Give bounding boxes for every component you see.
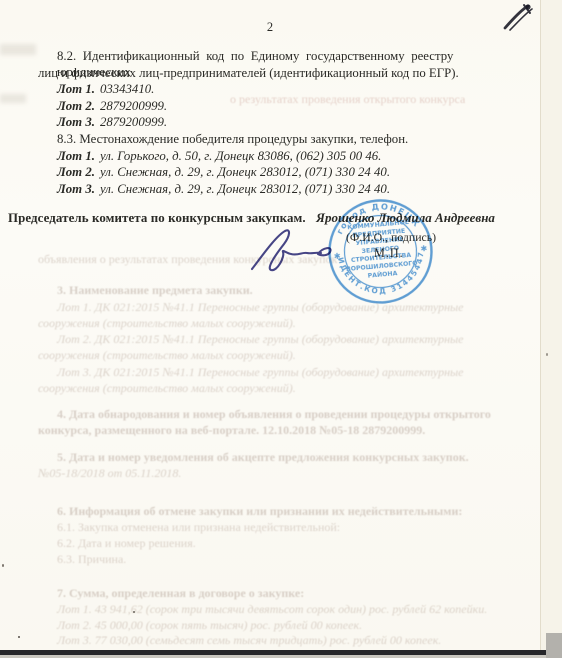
lot-value: 2879200999. — [100, 99, 167, 113]
bleedthrough-line: 5. Дата и номер уведомления об акцепте п… — [57, 450, 469, 465]
bleedthrough-line: Лот 3. ДК 021:2015 №41.1 Переносные груп… — [57, 365, 463, 380]
lot-address-line: Лот 1.ул. Горького, д. 50, г. Донецк 830… — [57, 148, 381, 164]
lot-label: Лот 2. — [57, 99, 95, 113]
scan-speck — [18, 636, 20, 638]
lot-label: Лот 3. — [57, 115, 95, 129]
scan-speck — [133, 611, 135, 613]
lot-egr-line: Лот 2.2879200999. — [57, 98, 167, 114]
bleedthrough-line: 6.2. Дата и номер решения. — [57, 536, 196, 551]
lot-label: Лот 1. — [57, 149, 95, 163]
lot-value: ул. Снежная, д. 29, г. Донецк 283012, (0… — [100, 182, 390, 196]
bleedthrough-line: сооружения (строительство малых сооружен… — [38, 316, 296, 331]
lot-value: 03343410. — [100, 82, 154, 96]
lot-value: ул. Снежная, д. 29, г. Донецк 283012, (0… — [100, 165, 390, 179]
scan-smudge — [0, 44, 36, 55]
bleedthrough-line: 6.3. Причина. — [57, 552, 126, 567]
page-edge-line — [540, 0, 562, 658]
lot-address-line: Лот 3.ул. Снежная, д. 29, г. Донецк 2830… — [57, 181, 390, 197]
lot-value: ул. Горького, д. 50, г. Донецк 83086, (0… — [100, 149, 381, 163]
bleedthrough-line: 6. Информация об отмене закупки или приз… — [57, 504, 462, 519]
lot-egr-line: Лот 3.2879200999. — [57, 114, 167, 130]
lot-value: 2879200999. — [100, 115, 167, 129]
lot-label: Лот 1. — [57, 82, 95, 96]
bleedthrough-line: конкурса, размещенного на веб-портале. 1… — [38, 423, 425, 438]
lot-egr-line: Лот 1.03343410. — [57, 81, 154, 97]
bleedthrough-line: 6.1. Закупка отменена или признана недей… — [57, 520, 340, 535]
bleedthrough-line: Лот 3. 77 030,00 (семьдесят семь тысяч т… — [57, 633, 441, 648]
paragraph-8-3: 8.3. Местонахождение победителя процедур… — [57, 131, 408, 147]
bleedthrough-line: Лот 2. ДК 021:2015 №41.1 Переносные груп… — [57, 332, 463, 347]
staple-mark — [497, 0, 539, 34]
handwritten-signature — [246, 224, 346, 272]
bleedthrough-line: сооружения (строительство малых сооружен… — [38, 348, 296, 363]
scanned-document-page: о результатах проведения открытого конку… — [0, 0, 562, 658]
lot-label: Лот 2. — [57, 165, 95, 179]
lot-address-line: Лот 2.ул. Снежная, д. 29, г. Донецк 2830… — [57, 164, 390, 180]
bleedthrough-line: Лот 2. 45 000,00 (сорок пять тысяч) рос.… — [57, 618, 362, 633]
bleedthrough-line: 3. Наименование предмета закупки. — [57, 283, 253, 298]
bleedthrough-line: о результатах проведения открытого конку… — [230, 92, 465, 107]
bleedthrough-line: 7. Сумма, определенная в договоре о заку… — [57, 586, 304, 601]
scan-speck — [546, 353, 548, 356]
lot-label: Лот 3. — [57, 182, 95, 196]
stamp-star-right: ✱ — [420, 244, 428, 254]
paragraph-8-2-line-2: лиц и физических лиц-предпринимателей (и… — [38, 65, 459, 81]
bleedthrough-line: №05-18/2018 от 05.11.2018. — [38, 466, 181, 481]
scan-smudge — [0, 94, 26, 103]
bleedthrough-line: сооружения (строительство малых сооружен… — [38, 381, 296, 396]
bleedthrough-line: 4. Дата обнародования и номер объявления… — [57, 407, 491, 422]
page-number: 2 — [0, 19, 540, 35]
scan-speck — [2, 564, 4, 567]
scan-corner-patch — [546, 633, 562, 658]
bleedthrough-line: Лот 1. 43 941,62 (сорок три тысячи девят… — [57, 602, 487, 617]
